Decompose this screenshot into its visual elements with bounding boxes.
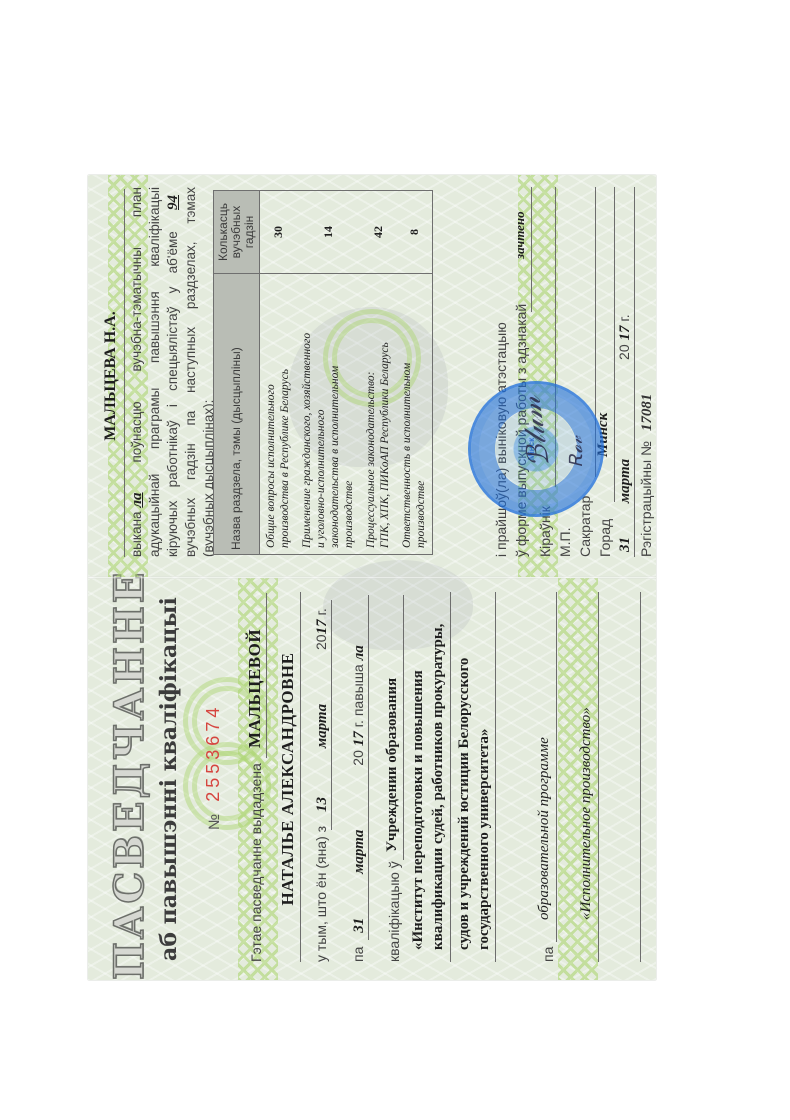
qualification-label: кваліфікацыю ў xyxy=(386,861,402,962)
word: вучэбна-тэматычны xyxy=(128,247,146,371)
end-month: марта xyxy=(351,830,367,874)
given-names: НАТАЛЬЕ АЛЕКСАНДРОВНЕ xyxy=(278,578,298,980)
program-prefix: па xyxy=(540,947,556,962)
underline xyxy=(403,595,404,860)
period-prefix: у тым, што ён (яна) з xyxy=(313,826,329,962)
word: работнікаў xyxy=(164,420,182,487)
program-line: образовательной программе xyxy=(536,737,553,920)
surname: МАЛЬЦЕВОЙ xyxy=(245,629,265,748)
table-row: Общие вопросы исполнительногопроизводств… xyxy=(260,191,297,555)
date-year-prefix: 20 xyxy=(616,344,632,360)
start-year-prefix: 20 xyxy=(313,634,329,650)
subject-name-line: производстве xyxy=(414,280,428,548)
total-hours: 94 xyxy=(164,187,182,218)
registration-line: Рэгістрацыйны № 17081 xyxy=(638,394,656,557)
column-header-subject: Назва раздзела, тэмы (дысцыпліны) xyxy=(214,274,260,555)
word: раздзелах, xyxy=(182,241,200,309)
number-label: № xyxy=(206,814,223,830)
end-prefix: па xyxy=(350,947,366,962)
issue-date-line: 31 марта 20 17 г. xyxy=(616,314,634,552)
underline xyxy=(598,592,599,962)
underline xyxy=(300,592,301,962)
underline xyxy=(368,595,369,940)
seal-label: М.П. xyxy=(557,527,573,557)
period-end-line: па 31 марта 20 17 г. павыша ла xyxy=(350,645,368,962)
word: у xyxy=(164,287,182,294)
word: гадзін xyxy=(182,443,200,480)
done-prefix: выкана xyxy=(129,511,144,557)
subject-name-line: производстве xyxy=(342,280,356,548)
word: кваліфікацыі xyxy=(146,187,164,267)
date-suffix: г. xyxy=(616,314,632,321)
subject-name-line: Процессуальное законодательство: xyxy=(364,280,378,548)
end-day: 31 xyxy=(351,918,367,933)
institution-line: государственного университета» xyxy=(476,729,493,950)
word: і xyxy=(164,404,182,407)
qualification-certificate: ПАСВЕДЧАННЕ аб павышэнні кваліфікацыі № … xyxy=(88,175,656,980)
word: наступных xyxy=(182,327,200,393)
underline xyxy=(531,187,532,312)
grade: зачтено xyxy=(512,211,528,259)
year-suffix: г. xyxy=(313,608,329,615)
underline xyxy=(266,593,267,758)
subject-name-line: и уголовно-исполнительного xyxy=(314,280,328,548)
end-year-prefix: 20 xyxy=(350,750,366,766)
subject-name-line: Ответственность в исполнительном xyxy=(400,280,414,548)
underline xyxy=(124,189,125,557)
word: план xyxy=(128,187,146,217)
certificate-number: № 2553674 xyxy=(203,704,224,830)
underline xyxy=(614,187,615,502)
start-month: марта xyxy=(314,704,330,748)
end-year: 17 xyxy=(351,731,367,746)
city-label: Горад xyxy=(597,519,613,557)
subject-name-line: Общие вопросы исполнительного xyxy=(264,280,278,548)
subject-hours: 8 xyxy=(396,191,433,274)
subject-hours: 14 xyxy=(296,191,360,274)
word: адукацыйнай xyxy=(146,474,164,557)
certificate-inner-page: МАЛЬЦЕВА Н.А. выкана ла поўнасцю вучэбна… xyxy=(88,175,656,577)
start-day: 13 xyxy=(314,797,330,812)
owner-short-name: МАЛЬЦЕВА Н.А. xyxy=(102,175,120,577)
word: праграмы xyxy=(146,388,164,449)
document-title: ПАСВЕДЧАННЕ xyxy=(106,578,153,980)
issued-to-line: Гэтае пасведчанне выдадзена xyxy=(248,763,264,962)
word: кіруючых xyxy=(164,501,182,557)
column-header-hours: Колькасць вучэбных гадзін xyxy=(214,191,260,274)
word: аб'ёме xyxy=(164,231,182,273)
date-day: 31 xyxy=(617,537,633,552)
word: павышэння xyxy=(146,291,164,363)
period-start-line: у тым, што ён (яна) з 13 марта 2017 г. xyxy=(313,608,331,962)
secretary-label: Сакратар xyxy=(577,496,593,557)
subject-name-line: ГПК, ХПК, ПИКоАП Республики Беларусь xyxy=(378,280,392,548)
institution-line: Учреждении образования xyxy=(384,678,401,852)
word: вучэбных xyxy=(182,498,200,557)
certificate-front-page: ПАСВЕДЧАННЕ аб павышэнні кваліфікацыі № … xyxy=(88,578,656,980)
subject-name-line: Применение гражданского, хозяйственного xyxy=(300,280,314,548)
subject-name-line: законодательства в исполнительном xyxy=(328,280,342,548)
table-row: Ответственность в исполнительномпроизвод… xyxy=(396,191,433,555)
subject-hours: 42 xyxy=(360,191,396,274)
underline xyxy=(634,187,635,557)
secretary-signature: Ꭱ𝓸𝓋 xyxy=(566,436,587,467)
end-suffix: г. павыша xyxy=(350,664,366,727)
subject-name: Процессуальное законодательство:ГПК, ХПК… xyxy=(360,274,396,555)
program-line: «Исполнительное производство» xyxy=(578,707,595,920)
subject-name-line: производства в Республике Беларусь xyxy=(278,280,292,548)
institution-line: квалификации судей, работников прокурату… xyxy=(430,624,447,950)
number-value: 2553674 xyxy=(203,704,223,802)
word: па xyxy=(182,411,200,426)
underline xyxy=(495,592,496,962)
underline xyxy=(556,592,557,942)
institution-line: «Институт переподготовки и повышения xyxy=(410,670,427,950)
document-subtitle: аб павышэнні кваліфікацыі xyxy=(156,578,182,980)
completion-paragraph: выкана ла поўнасцю вучэбна-тэматычны пла… xyxy=(128,187,218,557)
underline xyxy=(450,592,451,962)
institution-line: судов и учреждений юстиции Белорусского xyxy=(456,658,473,950)
word: поўнасцю xyxy=(128,401,146,462)
registration-label: Рэгістрацыйны № xyxy=(638,441,654,557)
subject-name: Общие вопросы исполнительногопроизводств… xyxy=(260,274,297,555)
underline xyxy=(640,592,641,962)
subjects-table: Назва раздзела, тэмы (дысцыпліны) Колька… xyxy=(213,190,433,555)
subject-name: Применение гражданского, хозяйственногои… xyxy=(296,274,360,555)
issued-to-label: Гэтае пасведчанне выдадзена xyxy=(248,763,264,962)
table-row: Процессуальное законодательство:ГПК, ХПК… xyxy=(360,191,396,555)
done-gender: ла xyxy=(129,492,145,507)
word: тэмах xyxy=(182,187,200,224)
underline xyxy=(331,600,332,830)
date-year: 17 xyxy=(617,326,633,341)
end-gender: ла xyxy=(351,645,367,660)
registration-number: 17081 xyxy=(639,394,655,432)
date-month: марта xyxy=(617,459,633,503)
subject-hours: 30 xyxy=(260,191,297,274)
subject-name: Ответственность в исполнительномпроизвод… xyxy=(396,274,433,555)
table-row: Применение гражданского, хозяйственногои… xyxy=(296,191,360,555)
start-year: 17 xyxy=(314,619,330,634)
word: спецыялістаў xyxy=(164,307,182,391)
